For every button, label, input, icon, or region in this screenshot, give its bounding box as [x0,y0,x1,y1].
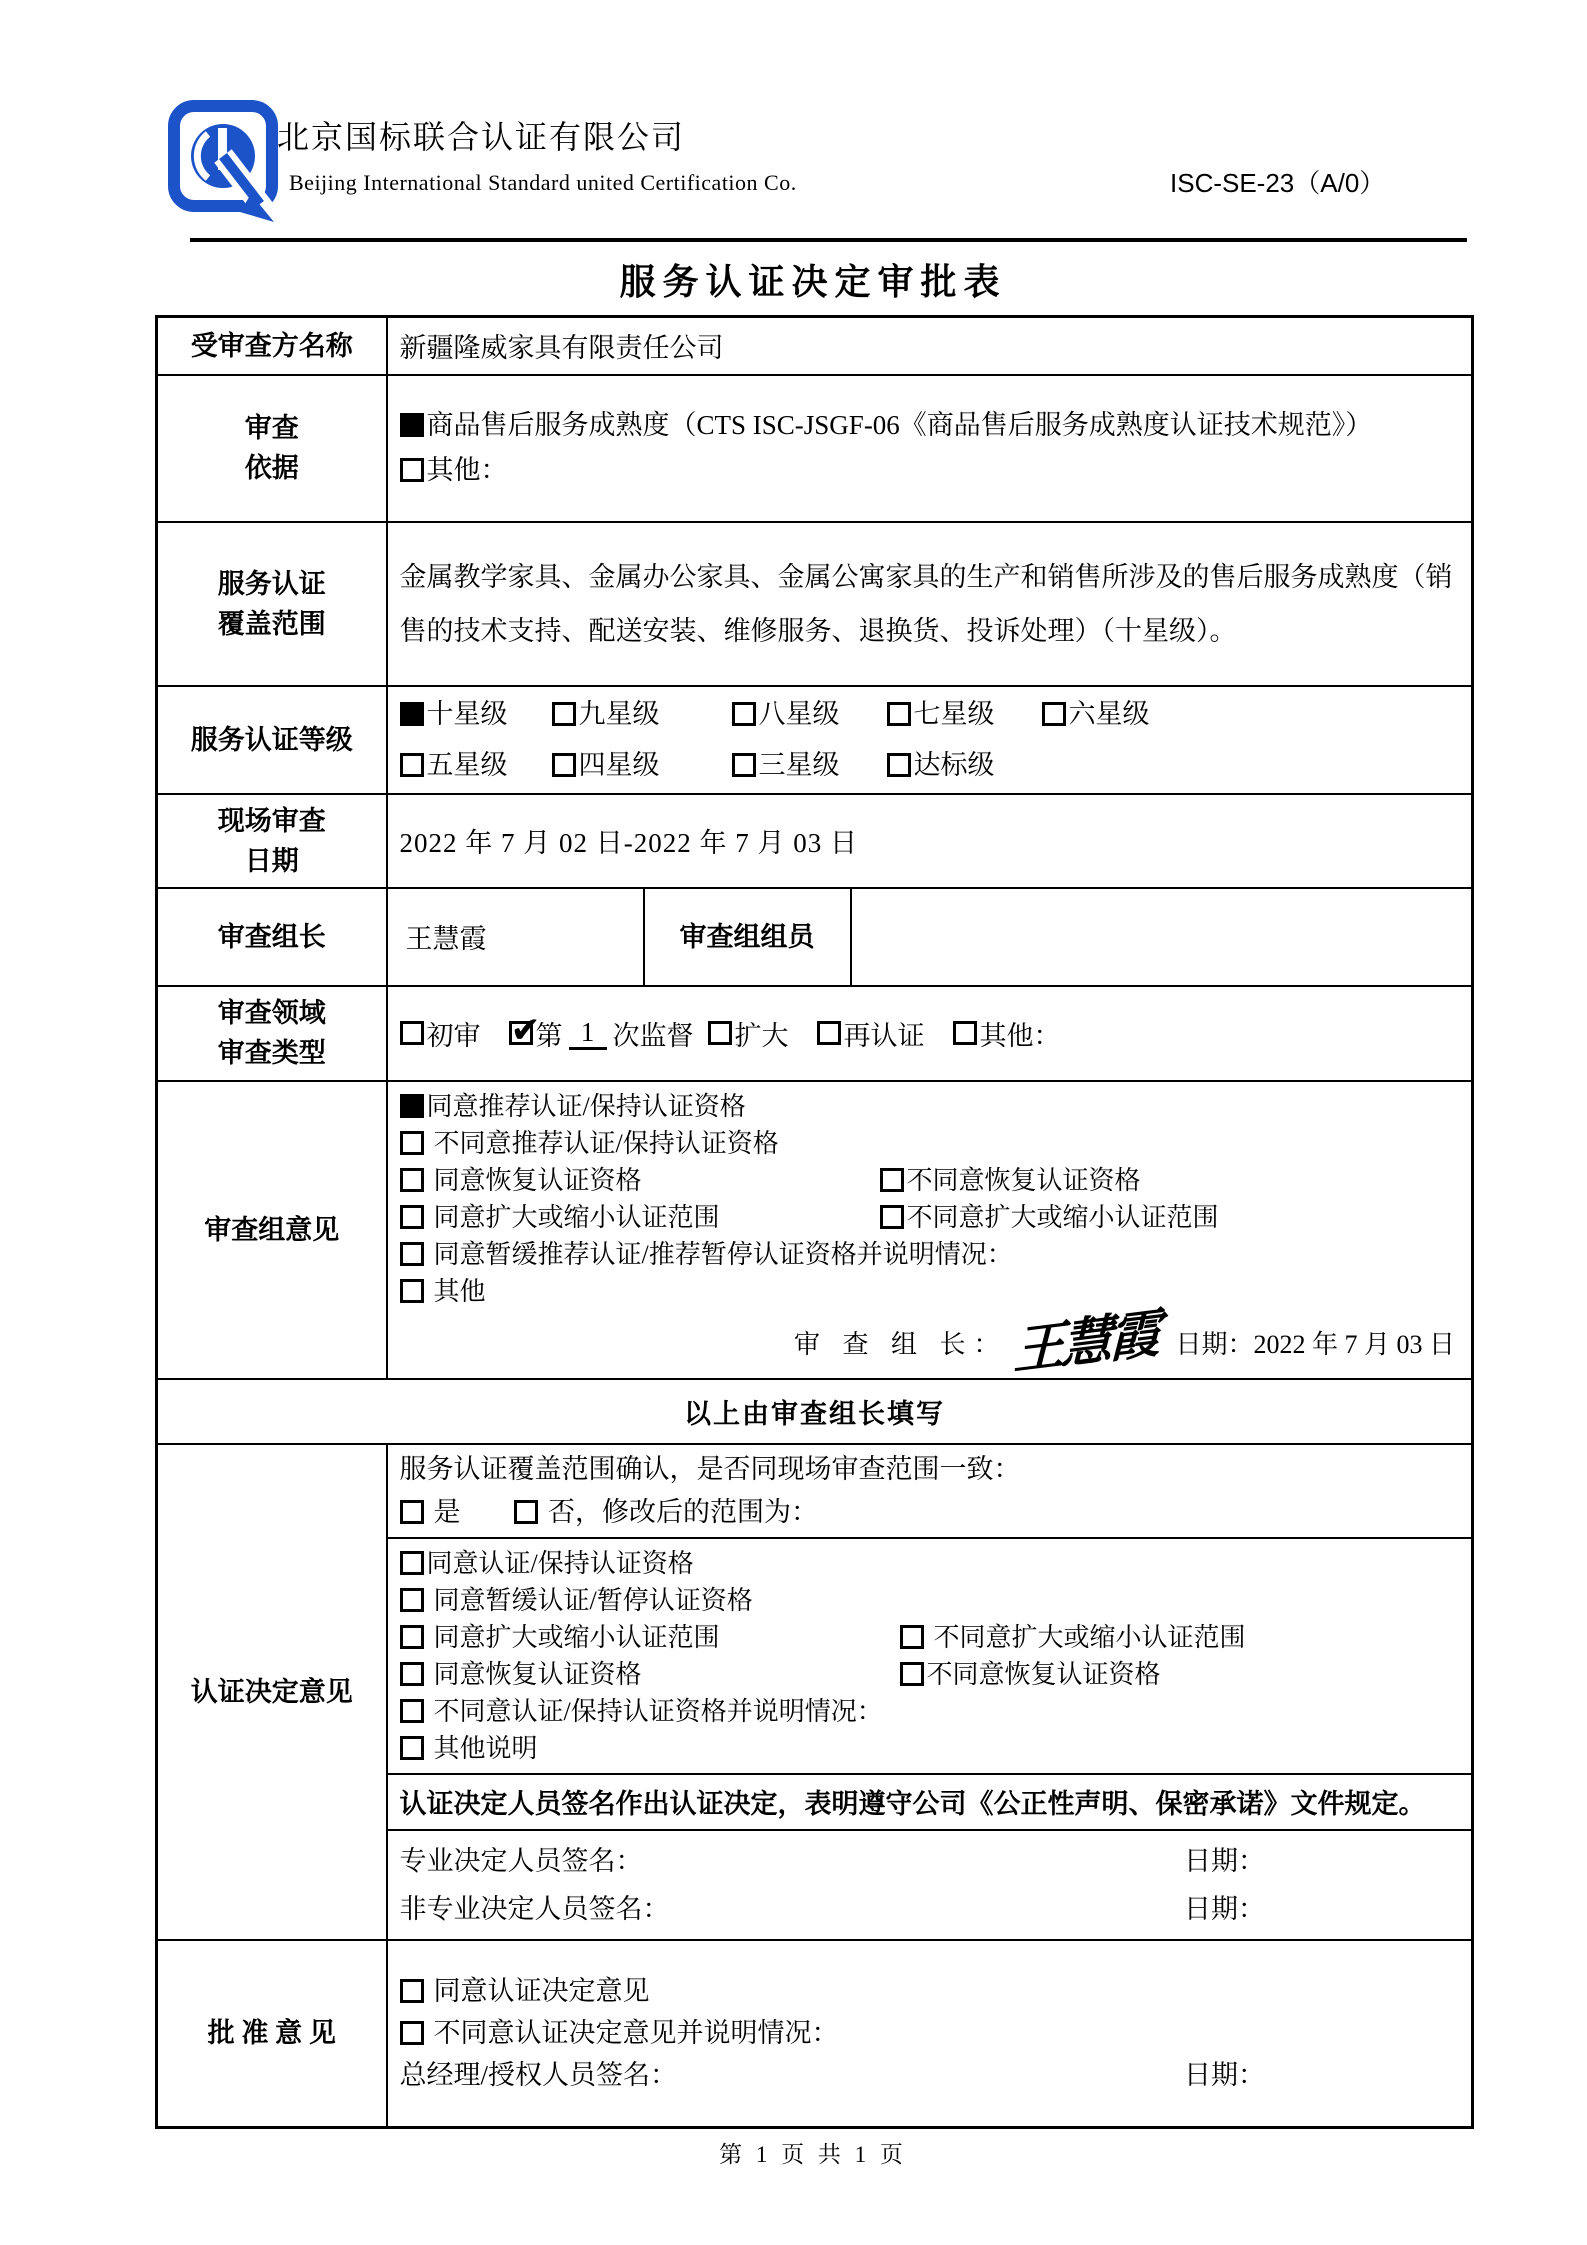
checkbox-icon [900,1625,924,1649]
grade-option-label: 四星级 [579,750,660,780]
basis-option-label: 其他： [427,455,508,485]
basis-option: 商品售后服务成熟度（CTS ISC-JSGF-06《商品售后服务成熟度认证技术规… [400,407,1460,444]
decision-confirm-title: 服务认证覆盖范围确认，是否同现场审查范围一致： [400,1451,1460,1488]
decision-option-label: 不同意扩大或缩小认证范围 [934,1623,1246,1652]
decision-label: 认证决定意见 [157,1444,387,1940]
row-audit-type: 审查领域 审查类型 初审 第1次监督 扩大 再认证 其他： [157,986,1473,1081]
nonpro-sign-label: 非专业决定人员签名： [400,1885,670,1933]
checkbox-icon [817,1021,841,1045]
checkbox-icon [400,1094,424,1118]
checkbox-icon [400,702,424,726]
checkbox-checked-icon [509,1021,533,1045]
team-leader-sign-label: 审 查 组 长： [794,1324,1008,1361]
pro-sign-row: 专业决定人员签名： 日期： [400,1837,1460,1885]
supervision-number: 1 [569,1017,607,1050]
row-approval: 批 准 意 见 同意认证决定意见 不同意认证决定意见并说明情况： 总经理/授权人… [157,1940,1473,2128]
auditee-value: 新疆隆威家具有限责任公司 [387,317,1473,375]
decision-option-label: 同意恢复认证资格 [434,1660,642,1689]
nonpro-date-label: 日期： [1184,1885,1459,1933]
grade-option-label: 达标级 [914,750,995,780]
checkbox-icon [514,1500,538,1524]
scope-label: 服务认证 覆盖范围 [157,522,387,686]
checkbox-icon [400,1662,424,1686]
basis-option-label: 商品售后服务成熟度（CTS ISC-JSGF-06《商品售后服务成熟度认证技术规… [427,410,1373,440]
row-scope: 服务认证 覆盖范围 金属教学家具、金属办公家具、金属公寓家具的生产和销售所涉及的… [157,522,1473,686]
decision-option-label: 不同意恢复认证资格 [927,1660,1161,1689]
confirm-no-label: 否，修改后的范围为： [548,1497,818,1527]
checkbox-icon [887,753,911,777]
grade-option-label: 六星级 [1069,699,1150,729]
decision-option-label: 不同意认证/保持认证资格并说明情况： [434,1697,883,1726]
opinion-option: 同意暂缓推荐认证/推荐暂停认证资格并说明情况： [400,1236,1460,1273]
checkbox-icon [400,1021,424,1045]
checkbox-icon [400,1205,424,1229]
checkbox-icon [400,1699,424,1723]
decision-option-label: 同意认证/保持认证资格 [427,1549,694,1578]
grade-option: 七星级 [887,696,1042,733]
checkbox-icon [400,458,424,482]
row-audit-date: 现场审查 日期 2022 年 7 月 02 日-2022 年 7 月 03 日 [157,794,1473,888]
header-rule [190,238,1467,242]
company-name-cn: 北京国标联合认证有限公司 [277,112,685,158]
supervision-post: 次监督 [613,1014,694,1053]
audit-date-label: 现场审查 日期 [157,794,387,888]
checkbox-icon [400,753,424,777]
checkbox-icon [732,753,756,777]
grade-option: 四星级 [552,747,732,784]
form-title: 服务认证决定审批表 [155,254,1471,305]
audit-type-option-label: 初审 [427,1014,481,1053]
team-leader-label: 审查组长 [157,888,387,986]
grade-option: 九星级 [552,696,732,733]
company-name-en: Beijing International Standard united Ce… [289,170,797,196]
opinion-option-label: 不同意推荐认证/保持认证资格 [434,1129,779,1158]
opinion-option-label: 同意恢复认证资格 [434,1166,642,1195]
opinion-option-label: 不同意扩大或缩小认证范围 [907,1203,1219,1232]
checkbox-icon [732,702,756,726]
row-decision-confirm: 认证决定意见 服务认证覆盖范围确认，是否同现场审查范围一致： 是 否，修改后的范… [157,1444,1473,1538]
opinion-option-label: 其他 [434,1277,486,1306]
checkbox-icon [552,753,576,777]
pro-sign-label: 专业决定人员签名： [400,1837,643,1885]
decision-option: 其他说明 [400,1730,1460,1767]
opinion-option-label: 同意扩大或缩小认证范围 [434,1203,720,1232]
checkbox-icon [400,1168,424,1192]
row-auditee: 受审查方名称 新疆隆威家具有限责任公司 [157,317,1473,375]
checkbox-icon [1042,702,1066,726]
opinion-option: 同意扩大或缩小认证范围 [400,1199,880,1236]
opinion-option: 不同意扩大或缩小认证范围 [880,1199,1219,1236]
basis-label: 审查 依据 [157,375,387,522]
grade-option-label: 五星级 [427,750,508,780]
pro-date-label: 日期： [1184,1837,1459,1885]
approval-option: 同意认证决定意见 [400,1970,1460,2012]
team-opinion-label: 审查组意见 [157,1081,387,1379]
row-team-opinion: 审查组意见 同意推荐认证/保持认证资格 不同意推荐认证/保持认证资格 同意恢复认… [157,1081,1473,1379]
checkbox-icon [900,1662,924,1686]
team-members-value [851,888,1473,986]
checkbox-icon [953,1021,977,1045]
checkbox-icon [400,1979,424,2003]
page-number: 第 1 页 共 1 页 [155,2136,1471,2169]
decision-option: 同意认证/保持认证资格 [400,1545,1460,1582]
approval-sign-label: 总经理/授权人员签名： [400,2054,678,2096]
auditee-label: 受审查方名称 [157,317,387,375]
decision-option-label: 同意暂缓认证/暂停认证资格 [434,1586,753,1615]
checkbox-icon [880,1168,904,1192]
grade-option: 六星级 [1042,696,1460,733]
audit-type-label: 审查领域 审查类型 [157,986,387,1081]
leader-note: 以上由审查组长填写 [157,1379,1473,1444]
decision-option: 同意扩大或缩小认证范围 [400,1619,900,1656]
row-grade: 服务认证等级 十星级 九星级 八星级 七星级 六星级 五星级 四星级 三星级 达… [157,686,1473,794]
checkbox-icon [400,1242,424,1266]
audit-type-option-label: 再认证 [844,1014,925,1053]
opinion-option-label: 不同意恢复认证资格 [907,1166,1141,1195]
scope-value: 金属教学家具、金属办公家具、金属公寓家具的生产和销售所涉及的售后服务成熟度（销售… [387,522,1473,686]
document-page: 北京国标联合认证有限公司 Beijing International Stand… [0,0,1587,2245]
grade-option: 十星级 [400,696,552,733]
checkbox-icon [552,702,576,726]
decision-option: 不同意恢复认证资格 [900,1656,1161,1693]
approval-option-label: 同意认证决定意见 [434,1976,650,2006]
grade-option-label: 七星级 [914,699,995,729]
grade-option: 达标级 [887,747,1042,784]
checkbox-icon [400,413,424,437]
grade-option: 三星级 [732,747,887,784]
grade-option: 五星级 [400,747,552,784]
opinion-option: 同意恢复认证资格 [400,1162,880,1199]
approval-date-label: 日期： [1184,2054,1459,2096]
checkbox-icon [400,1551,424,1575]
grade-option-label: 三星级 [759,750,840,780]
row-basis: 审查 依据 商品售后服务成熟度（CTS ISC-JSGF-06《商品售后服务成熟… [157,375,1473,522]
grade-option-label: 九星级 [579,699,660,729]
audit-date-value: 2022 年 7 月 02 日-2022 年 7 月 03 日 [387,794,1473,888]
checkbox-icon [400,1131,424,1155]
approval-label: 批 准 意 见 [157,1940,387,2128]
row-leader-note: 以上由审查组长填写 [157,1379,1473,1444]
audit-type-option-label: 其他： [980,1014,1061,1053]
opinion-option-label: 同意暂缓推荐认证/推荐暂停认证资格并说明情况： [434,1240,1013,1269]
opinion-option: 同意推荐认证/保持认证资格 [400,1088,1460,1125]
approval-form: 受审查方名称 新疆隆威家具有限责任公司 审查 依据 商品售后服务成熟度（CTS … [155,315,1474,2129]
opinion-option: 不同意恢复认证资格 [880,1162,1141,1199]
doc-code: ISC-SE-23（A/0） [1170,163,1385,200]
team-members-label: 审查组组员 [644,888,851,986]
grade-option: 八星级 [732,696,887,733]
decision-option: 不同意认证/保持认证资格并说明情况： [400,1693,1460,1730]
confirm-yes-label: 是 [434,1497,461,1527]
grade-option-label: 八星级 [759,699,840,729]
grade-option-label: 十星级 [427,699,508,729]
grade-label: 服务认证等级 [157,686,387,794]
decision-confirm-options: 是 否，修改后的范围为： [400,1494,1460,1531]
decision-option-label: 其他说明 [434,1734,538,1763]
basis-option: 其他： [400,452,1460,489]
approval-option: 不同意认证决定意见并说明情况： [400,2012,1460,2054]
approval-option-label: 不同意认证决定意见并说明情况： [434,2018,839,2048]
checkbox-icon [400,1279,424,1303]
approval-sign-row: 总经理/授权人员签名： 日期： [400,2054,1460,2096]
company-logo-icon [168,100,286,228]
opinion-option: 不同意推荐认证/保持认证资格 [400,1125,1460,1162]
decision-statement: 认证决定人员签名作出认证决定，表明遵守公司《公正性声明、保密承诺》文件规定。 [387,1774,1473,1830]
decision-option: 同意暂缓认证/暂停认证资格 [400,1582,1460,1619]
team-opinion-date: 日期：2022 年 7 月 03 日 [1176,1324,1456,1361]
nonpro-sign-row: 非专业决定人员签名： 日期： [400,1885,1460,1933]
team-leader-name: 王慧霞 [387,888,644,986]
audit-type-option-label: 扩大 [735,1014,789,1053]
row-team: 审查组长 王慧霞 审查组组员 [157,888,1473,986]
decision-option-label: 同意扩大或缩小认证范围 [434,1623,720,1652]
opinion-option: 其他 [400,1273,1460,1310]
checkbox-icon [400,1500,424,1524]
checkbox-icon [400,1625,424,1649]
decision-option: 同意恢复认证资格 [400,1656,900,1693]
checkbox-icon [400,1736,424,1760]
decision-option: 不同意扩大或缩小认证范围 [900,1619,1246,1656]
checkbox-icon [880,1205,904,1229]
checkbox-icon [708,1021,732,1045]
opinion-option-label: 同意推荐认证/保持认证资格 [427,1092,746,1121]
checkbox-icon [887,702,911,726]
team-leader-signature: 王慧霞 [1013,1291,1157,1384]
checkbox-icon [400,2021,424,2045]
checkbox-icon [400,1588,424,1612]
